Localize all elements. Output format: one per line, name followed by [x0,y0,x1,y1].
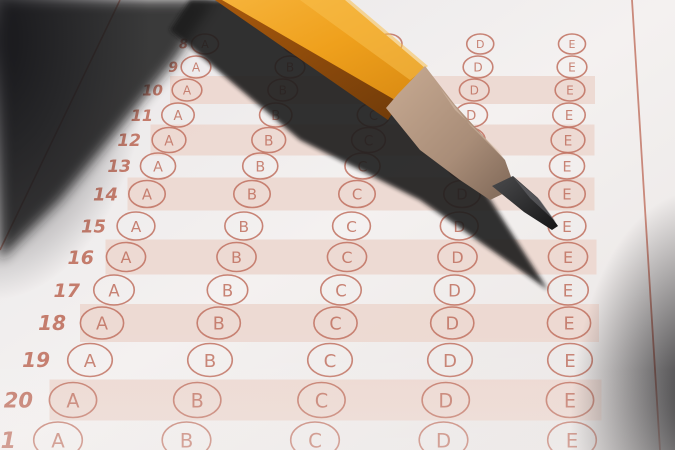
pencil [0,0,675,450]
photo-scene: 8ABCDE9ABCDE10ABCDE11ABCDE12ABCDE13ABCDE… [0,0,675,450]
